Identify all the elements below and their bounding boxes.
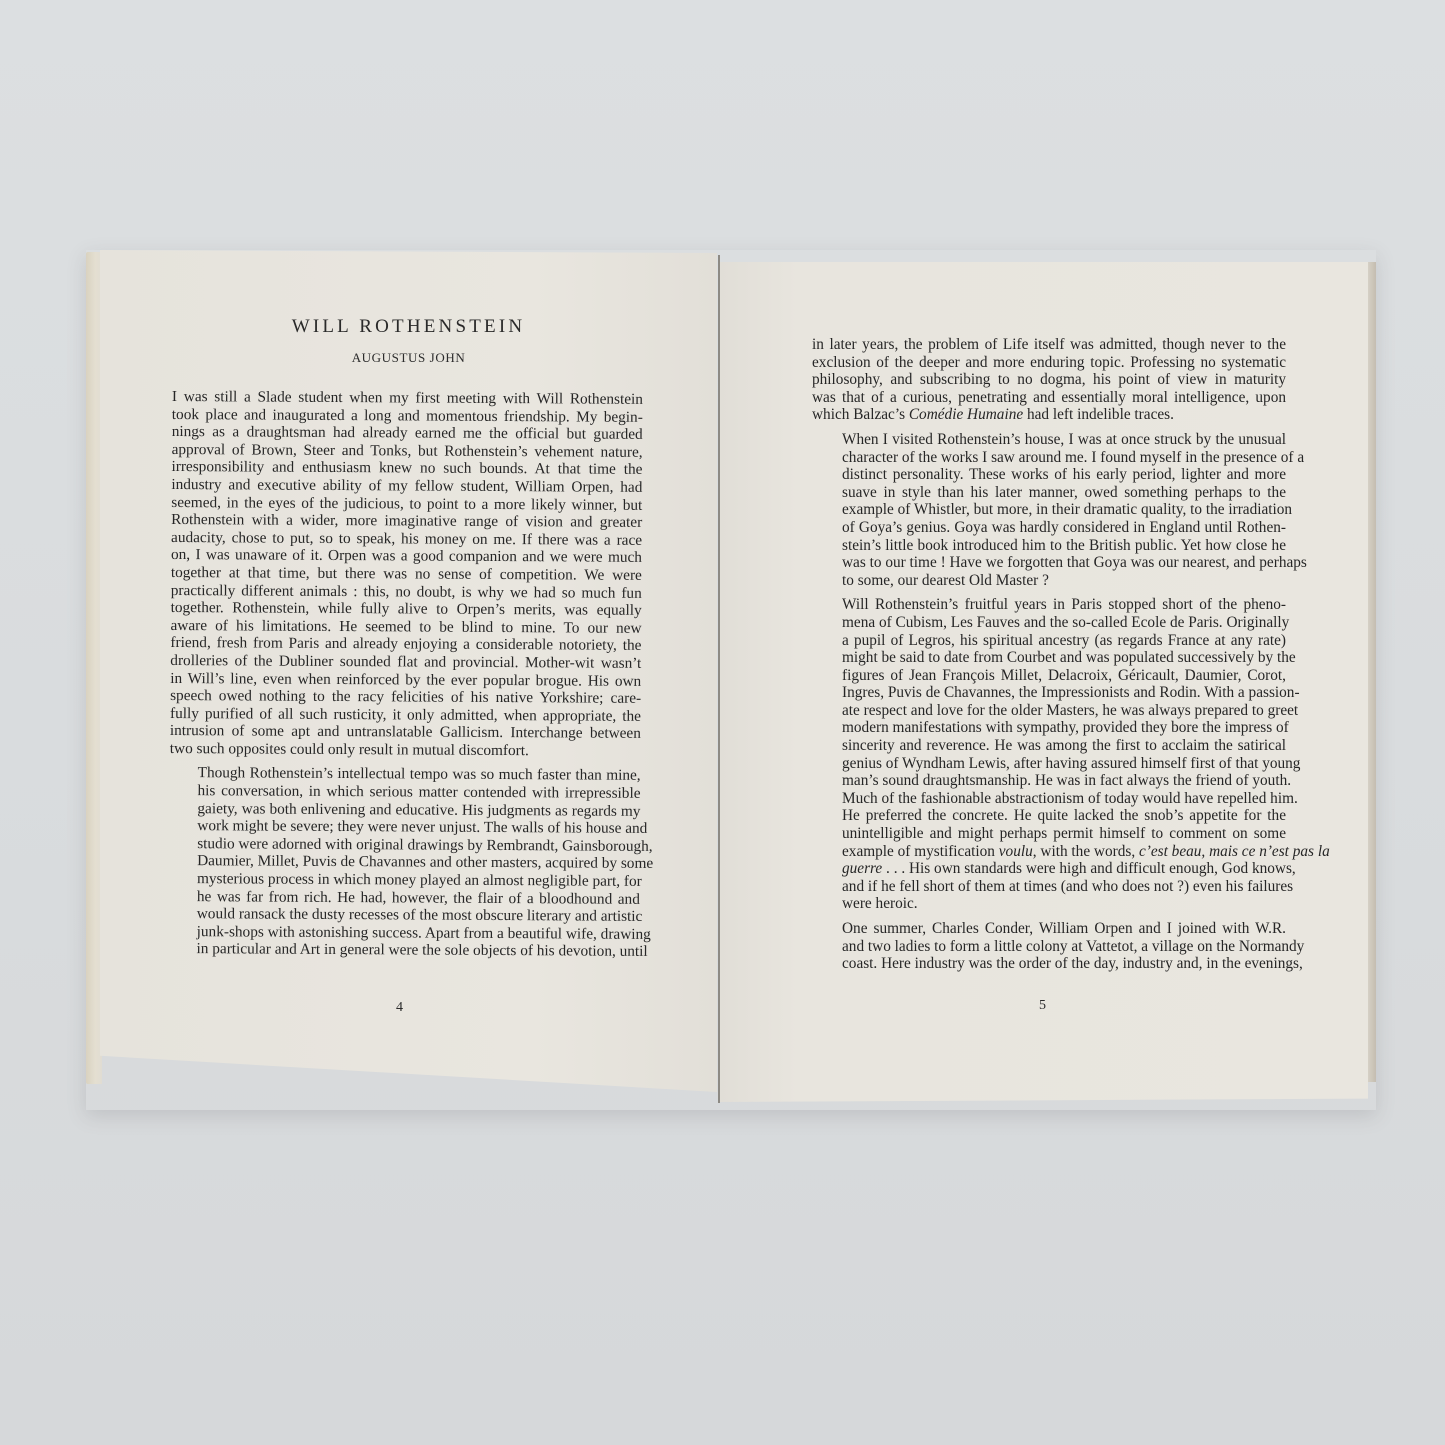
text-line: Will Rothenstein’s fruitful years in Par…: [812, 596, 1286, 614]
text-line: character of the works I saw around me. …: [812, 449, 1286, 467]
right-page-body: in later years, the problem of Life itse…: [812, 336, 1286, 980]
text-line: sincerity and reverence. He was among th…: [812, 737, 1286, 755]
text-line: of Goya’s genius. Goya was hardly consid…: [812, 519, 1286, 537]
text-line: and if he fell short of them at times (a…: [812, 878, 1286, 896]
text-line: a pupil of Legros, his spiritual ancestr…: [812, 632, 1286, 650]
text-line: He preferred the concrete. He quite lack…: [812, 807, 1286, 825]
page-number: 5: [1039, 998, 1046, 1014]
text-line: mena of Cubism, Les Fauves and the so-ca…: [812, 614, 1286, 632]
cover-edge-left: [86, 252, 102, 1084]
text-line: philosophy, and subscribing to no dogma,…: [812, 371, 1286, 389]
text-line: was to our time ! Have we forgotten that…: [812, 554, 1286, 572]
text-line: Much of the fashionable abstractionism o…: [812, 790, 1286, 808]
text-line: One summer, Charles Conder, William Orpe…: [812, 920, 1286, 938]
text-line: in later years, the problem of Life itse…: [812, 336, 1286, 354]
text-line: to some, our dearest Old Master ?: [812, 572, 1286, 590]
text-line: unintelligible and might perhaps permit …: [812, 825, 1286, 843]
text-line: two such opposites could only result in …: [170, 740, 641, 760]
text-line: exclusion of the deeper and more endurin…: [812, 354, 1286, 372]
text-line: guerre . . . His own standards were high…: [812, 860, 1286, 878]
paragraph: in later years, the problem of Life itse…: [812, 336, 1286, 424]
text-line: example of mystification voulu, with the…: [812, 843, 1286, 861]
text-line: and two ladies to form a little colony a…: [812, 938, 1286, 956]
text-line: were heroic.: [812, 895, 1286, 913]
text-line: distinct personality. These works of his…: [812, 466, 1286, 484]
text-line: which Balzac’s Comédie Humaine had left …: [812, 406, 1286, 424]
text-line: Ingres, Puvis de Chavannes, the Impressi…: [812, 684, 1286, 702]
text-line: might be said to date from Courbet and w…: [812, 649, 1286, 667]
paragraph: I was still a Slade student when my firs…: [170, 388, 643, 760]
article-author: AUGUSTUS JOHN: [100, 350, 717, 366]
paragraph: When I visited Rothenstein’s house, I wa…: [812, 431, 1286, 589]
paragraph: One summer, Charles Conder, William Orpe…: [812, 920, 1286, 973]
article-title: WILL ROTHENSTEIN: [100, 316, 717, 338]
text-line: ate respect and love for the older Maste…: [812, 702, 1286, 720]
text-line: in particular and Art in general were th…: [169, 940, 640, 960]
text-line: figures of Jean François Millet, Delacro…: [812, 667, 1286, 685]
paragraph: Though Rothenstein’s intellectual tempo …: [169, 764, 641, 960]
text-line: stein’s little book introduced him to th…: [812, 537, 1286, 555]
text-line: suave in style than his later manner, ow…: [812, 484, 1286, 502]
text-line: genius of Wyndham Lewis, after having as…: [812, 755, 1286, 773]
text-line: example of Whistler, but more, in their …: [812, 501, 1286, 519]
left-page-body: I was still a Slade student when my firs…: [168, 388, 643, 968]
text-line: modern manifestations with sympathy, pro…: [812, 719, 1286, 737]
page-number: 4: [396, 1000, 403, 1016]
text-line: was that of a curious, penetrating and e…: [812, 389, 1286, 407]
text-line: When I visited Rothenstein’s house, I wa…: [812, 431, 1286, 449]
text-line: man’s sound draughtsmanship. He was in f…: [812, 772, 1286, 790]
right-page: in later years, the problem of Life itse…: [720, 262, 1368, 1102]
paragraph: Will Rothenstein’s fruitful years in Par…: [812, 596, 1286, 913]
spine-gutter: [718, 255, 720, 1103]
left-page: WILL ROTHENSTEIN AUGUSTUS JOHN I was sti…: [100, 250, 717, 1092]
text-line: coast. Here industry was the order of th…: [812, 955, 1286, 973]
